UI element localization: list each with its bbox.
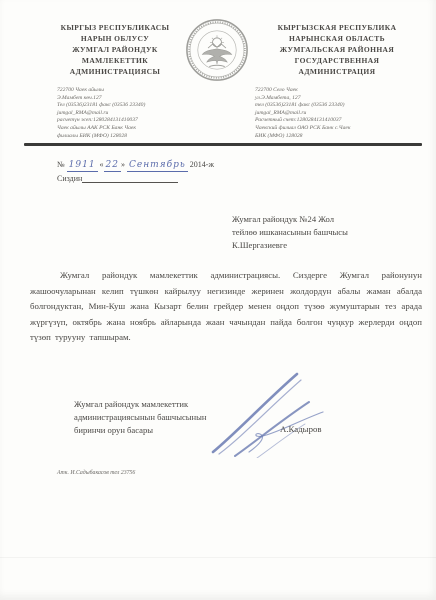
- org-name-russian-line: ГОСУДАРСТВЕННАЯ: [248, 55, 426, 66]
- recipient-name: К.Шергазиевге: [232, 239, 422, 252]
- contact-line: БИК (МФО) 128028: [255, 133, 425, 141]
- contact-line: Чаекский филиал ОАО РСК Банк с.Чаек: [255, 125, 425, 133]
- handwritten-day: 22: [104, 160, 121, 172]
- org-name-russian-line: НАРЫНСКАЯ ОБЛАСТЬ: [248, 33, 426, 44]
- contact-line: филиалы БИК (МФО) 128028: [57, 133, 217, 141]
- recipient-line: Жумгал райондук №24 Жол: [232, 213, 422, 226]
- contact-line: Чаек айылы ААК РСК Банк Чаек: [57, 125, 217, 133]
- quote-close: »: [121, 160, 125, 169]
- handwritten-month: Сентябрь: [127, 160, 188, 172]
- org-name-kyrgyz-line: МАМЛЕКЕТТИК: [30, 55, 200, 66]
- handwritten-ref-number: 1911: [67, 160, 98, 172]
- ref-number-label: №: [57, 160, 65, 169]
- org-name-kyrgyz-line: КЫРГЫЗ РЕСПУБЛИКАСЫ: [30, 22, 200, 33]
- quote-open: «: [100, 160, 104, 169]
- org-name-kyrgyz-line: АДМИНИСТРАЦИЯСЫ: [30, 66, 200, 77]
- scanned-letter-page: КЫРГЫЗ РЕСПУБЛИКАСЫ НАРЫН ОБЛУСУ ЖУМГАЛ …: [0, 0, 436, 600]
- your-ref-label: Сиздин: [57, 174, 82, 183]
- recipient-block: Жумгал райондук №24 Жол тейлөө ишканасын…: [232, 213, 422, 252]
- org-name-russian-line: ЖУМГАЛЬСКАЯ РАЙОННАЯ: [248, 44, 426, 55]
- scan-artifact-edge: [0, 557, 436, 558]
- letterhead-divider-rule: [24, 143, 422, 146]
- contact-line: тел (03536)23181 факс (03536 23340): [255, 102, 425, 110]
- year-suffix: 2014-ж: [190, 160, 214, 169]
- org-name-russian: КЫРГЫЗСКАЯ РЕСПУБЛИКА НАРЫНСКАЯ ОБЛАСТЬ …: [248, 22, 426, 77]
- reference-date-line: № 1911 «22» Сентябрь 2014-ж: [57, 160, 387, 170]
- letter-body-paragraph: Жумгал райондук мамлекеттик администраци…: [30, 268, 422, 346]
- your-reference-line: Сиздин: [57, 174, 178, 183]
- contact-line: 722700 Село Чаек: [255, 87, 425, 95]
- contact-block-kyrgyz: 722700 Чаек айылы Э.Мамбет көч.127 Тел (…: [57, 87, 217, 140]
- contact-block-russian: 722700 Село Чаек ул.Э.Мамбета, 127 тел (…: [255, 87, 425, 140]
- executor-footer-line: Атк. И.Садыбакасов тел 23756: [57, 470, 135, 476]
- signatory-name: А.Кадыров: [280, 424, 322, 434]
- org-name-russian-line: АДМИНИСТРАЦИЯ: [248, 66, 426, 77]
- org-name-russian-line: КЫРГЫЗСКАЯ РЕСПУБЛИКА: [248, 22, 426, 33]
- state-emblem-seal-icon: [185, 18, 249, 82]
- org-name-kyrgyz-line: ЖУМГАЛ РАЙОНДУК: [30, 44, 200, 55]
- org-name-kyrgyz-line: НАРЫН ОБЛУСУ: [30, 33, 200, 44]
- recipient-line: тейлөө ишканасынын башчысы: [232, 226, 422, 239]
- contact-line: jumgal_RMA@mail.ru: [57, 110, 217, 118]
- contact-line: Расчетный счет:1280284131410037: [255, 117, 425, 125]
- your-ref-blank-line: [82, 175, 178, 183]
- org-name-kyrgyz: КЫРГЫЗ РЕСПУБЛИКАСЫ НАРЫН ОБЛУСУ ЖУМГАЛ …: [30, 22, 200, 77]
- handwritten-signature: [205, 372, 345, 458]
- contact-line: Тел (03536)23181 факс (03536 23340): [57, 102, 217, 110]
- contact-line: расчетүн эсеп:1280284131410037: [57, 117, 217, 125]
- contact-line: 722700 Чаек айылы: [57, 87, 217, 95]
